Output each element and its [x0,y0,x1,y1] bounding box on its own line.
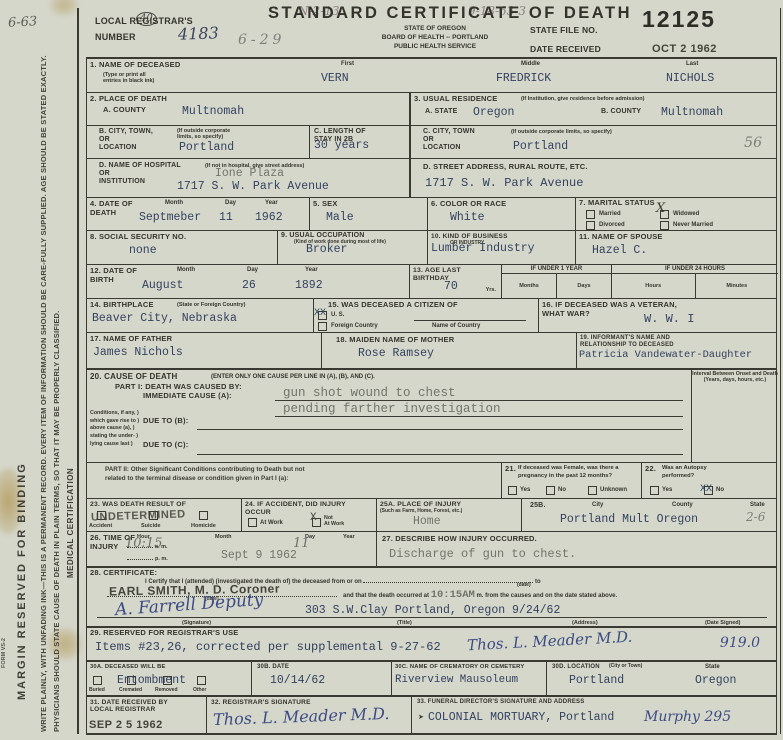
row-certificate: 28. CERTIFICATE: I Certify that I (atten… [87,566,776,626]
date-of-birth-label: 12. DATE OF BIRTH [90,267,137,284]
autopsy-question: Was an Autopsy performed? [662,465,732,480]
foreign-country-label: Foreign Country [331,323,378,330]
row-disposition: 30A. DECEASED WILL BE Buried Cremated Re… [87,660,776,695]
married-checkbox [586,210,595,219]
registrar-number-value: 4183 [178,25,219,42]
field-4-date-of-death: 4. DATE OF DEATH Month Day Year Septmebe… [87,198,309,230]
divorced-checkbox [586,221,595,230]
other-label: Other [193,688,206,694]
hours-col: Hours [612,274,695,298]
certificate-line-2: and that the death occurred at 10:15AM m… [343,590,617,601]
funeral-director-value: COLONIAL MORTUARY, Portland [428,712,614,724]
field-19-informant: 19. INFORMANT'S NAME AND RELATIONSHIP TO… [576,333,778,368]
form-code-text: FORM VS-2 [1,638,7,668]
row-birth-age: 12. DATE OF BIRTH Month Day Year August … [87,264,776,298]
residence-label: 3. USUAL RESIDENCE [414,95,497,104]
sex-value: Male [326,212,354,224]
birth-month-label: Month [177,267,195,274]
org2-text: BOARD OF HEALTH -- PORTLAND [382,34,488,41]
pm-label: p. m. [155,556,168,562]
registrar-signature-value: Thos. L. Meader M.D. [213,706,390,728]
cause-a-line-1 [275,400,683,401]
birth-year-label: Year [305,267,318,274]
immediate-cause-value-2: pending farther investigation [283,403,501,416]
accident-label: Accident [89,523,112,529]
field-26-time-of-injury: 26. TIME OF INJURY Hour 10:15 a. m. p. m… [87,532,376,566]
other-checkbox [197,676,206,685]
org-line-1: STATE OF OREGON [320,25,550,32]
disposition-location-value: Portland [569,675,624,687]
city-label: B. CITY, TOWN, OR LOCATION [99,128,153,152]
widowed-label: Widowed [673,211,699,218]
field-20-cause-of-death: 20. CAUSE OF DEATH (ENTER ONLY ONE CAUSE… [87,370,691,462]
date-received-label: DATE RECEIVED [530,45,601,55]
left-double-rule [77,8,79,734]
field-part2: PART II: Other Significant Conditions co… [87,463,501,498]
field-3d-street-address: D. STREET ADDRESS, RURAL ROUTE, ETC. 171… [409,159,778,197]
middle-value: FREDRICK [496,73,551,85]
date-signed-caption: (Date Signed) [705,620,740,626]
death-day-value: 11 [219,212,233,224]
row-birthplace-citizen-veteran: 14. BIRTHPLACE (State or Foreign Country… [87,298,776,332]
autopsy-question-text: Was an Autopsy performed? [662,465,707,479]
certificate-text-2: and that the death occurred at [343,593,429,599]
row-death-date-sex-race-marital: 4. DATE OF DEATH Month Day Year Septmebe… [87,197,776,230]
birth-day-value: 26 [242,280,256,292]
title-caption: (Title) [397,620,412,626]
residence-state-value: Oregon [473,107,514,119]
date-received-by-label: 31. DATE RECEIVED BY LOCAL REGISTRAR [90,699,168,714]
father-value: James Nichols [93,347,183,359]
org-line-2: BOARD OF HEALTH -- PORTLAND [320,34,550,41]
field-5-sex: 5. SEX Male [309,198,427,230]
org1-text: STATE OF OREGON [404,25,466,32]
number-label: NUMBER [95,32,136,42]
certificate-to: to [535,579,541,585]
crematory-value: Riverview Mausoleum [395,675,518,686]
row-place-residence-1: 2. PLACE OF DEATH A. COUNTY Multnomah 3.… [87,92,776,125]
injury-month-label: Month [215,534,232,540]
residence-county-label: B. COUNTY [601,108,641,116]
coroner-address: 303 S.W.Clay Portland, Oregon 9/24/62 [305,605,560,617]
certificate-header: N-2-13 9-18-63-3 LOCAL REGISTRAR'S NUMBE… [86,0,777,57]
birth-year-value: 1892 [295,280,323,292]
registrar-signature-label: 32. REGISTRAR'S SIGNATURE [211,699,311,706]
certificate-text-3: m. from the causes and on the date state… [476,593,617,599]
county-label: A. COUNTY [103,106,146,115]
field-18-mother: 18. MAIDEN NAME OF MOTHER Rose Ramsey [321,333,576,368]
color-race-value: White [450,212,485,224]
residence-city-label: C. CITY, TOWN OR LOCATION [423,128,475,152]
field-13-if-under-1-year: IF UNDER 1 YEAR Months Days [501,265,611,298]
informant-label: 19. INFORMANT'S NAME AND RELATIONSHIP TO… [580,335,674,349]
pregnancy-number: 21. [505,465,516,474]
birth-day-label: Day [247,267,258,274]
autopsy-yes-label: Yes [662,487,672,494]
right-double-rule [780,8,781,734]
marital-status-label: 7. MARITAL STATUS [579,199,655,208]
margin-pencil-code: 6-63 [8,15,38,30]
certificate-title: STANDARD CERTIFICATE OF DEATH [254,4,646,23]
due-to-b-label: DUE TO (B): [143,417,188,426]
field-12-date-of-birth: 12. DATE OF BIRTH Month Day Year August … [87,265,409,298]
injury-date-value: Sept 9 1962 [221,550,297,562]
under-24-hours-cols: Hours Minutes [612,274,778,298]
am-label: a. m. [155,544,168,550]
injury-state-label: State [750,502,765,509]
part2-text-content: PART II: Other Significant Conditions co… [105,466,305,482]
field-10-kind-of-business: 10. KIND OF BUSINESS OR INDUSTRY Lumber … [427,231,575,264]
residence-city-pencil: 56 [744,136,762,150]
row-name: 1. NAME OF DECEASED (Type or print all e… [87,59,776,92]
pregnancy-yes-checkbox [508,486,517,495]
cause-of-death-label: 20. CAUSE OF DEATH [90,372,177,381]
color-race-label: 6. COLOR OR RACE [431,200,506,209]
undetermined-stamp: UNDETERMINED [91,508,186,523]
field-3c-city: C. CITY, TOWN OR LOCATION (If outside co… [409,126,778,158]
death-result-label: 23. WAS DEATH RESULT OF [90,501,186,509]
age-value: 70 [444,281,458,293]
ssn-value: none [129,245,157,257]
row-signatures: 31. DATE RECEIVED BY LOCAL REGISTRAR SEP… [87,695,776,733]
minutes-label: Minutes [726,283,747,289]
medical-certification-text: MEDICAL CERTIFICATION [66,468,75,578]
street-address-value: 1717 S. W. Park Avenue [425,177,583,189]
field-33-funeral-director: 33. FUNERAL DIRECTOR'S SIGNATURE AND ADD… [411,697,778,733]
state-file-number: 12125 [642,6,716,33]
binding-margin-title: MARGIN RESERVED FOR BINDING [16,140,34,700]
binding-margin-text: MARGIN RESERVED FOR BINDING [16,462,28,700]
field-24-injury-at-work: 24. IF ACCIDENT, DID INJURY OCCUR At Wor… [241,499,376,531]
birthplace-note: (State or Foreign Country) [177,302,245,308]
pregnancy-yes-label: Yes [520,487,530,494]
citizen-label: 15. WAS DECEASED A CITIZEN OF [328,301,458,310]
name-of-country-label: Name of Country [432,323,480,330]
informant-value: Patricia Vandewater-Daughter [579,350,752,360]
row-registrars-use: 29. RESERVED FOR REGISTRAR'S USE Items #… [87,626,776,660]
field-2-place-of-death: 2. PLACE OF DEATH A. COUNTY Multnomah [87,93,409,125]
buried-checkbox [93,676,102,685]
state-file-label: STATE FILE NO. [530,26,598,36]
days-col: Days [556,274,611,298]
field-14-birthplace: 14. BIRTHPLACE (State or Foreign Country… [87,299,313,332]
field-25b-injury-location: 25B. City County State Portland Mult Ore… [521,499,778,531]
pregnancy-question: If deceased was Female, was there a preg… [518,465,638,480]
us-label: U. S. [331,312,344,319]
field-28-certificate: 28. CERTIFICATE: I Certify that I (atten… [87,568,778,626]
field-27-describe-injury: 27. DESCRIBE HOW INJURY OCCURRED. Discha… [376,532,778,566]
registrars-use-signature: Thos. L. Meader M.D. [467,630,633,654]
field-32-registrar-signature: 32. REGISTRAR'S SIGNATURE Thos. L. Meade… [206,697,411,733]
field-6-color-or-race: 6. COLOR OR RACE White [427,198,575,230]
field-30c-crematory: 30C. NAME OF CREMATORY OR CEMETERY River… [391,662,546,695]
us-checkbox-mark: XX [314,309,326,319]
form-code: FORM VS-2 [1,598,9,668]
spouse-label: 11. NAME OF SPOUSE [579,233,663,242]
place-of-injury-value: Home [413,516,441,528]
place-of-death-label: 2. PLACE OF DEATH [90,95,167,104]
spouse-value: Hazel C. [592,245,647,257]
field-2b-city: B. CITY, TOWN, OR LOCATION (If outside c… [87,126,309,158]
name-first: First VERN [281,59,451,92]
due-to-c-label: DUE TO (C): [143,441,188,450]
business-value: Lumber Industry [431,243,535,255]
field-13-age-last-birthday: 13. AGE LAST BIRTHDAY 70 Yrs. [409,265,501,298]
row-death-result-injury: 23. WAS DEATH RESULT OF Accident Suicide… [87,498,776,531]
foreign-country-checkbox [318,322,327,331]
name-note: (Type or print all entries in black ink) [103,72,154,84]
residence-county-value: Multnomah [661,107,723,119]
field-8-social-security: 8. SOCIAL SECURITY NO. none [87,231,277,264]
not-at-work-mark: X [310,513,317,524]
mother-value: Rose Ramsey [358,348,434,360]
hours-label: Hours [645,283,661,289]
disposition-state-value: Oregon [695,675,736,687]
crematory-label: 30C. NAME OF CREMATORY OR CEMETERY [395,664,524,671]
field-16-veteran: 16. IF DECEASED WAS A VETERAN, WHAT WAR?… [538,299,778,332]
widowed-mark: X [656,202,665,215]
disposition-date-value: 10/14/62 [270,675,325,687]
pregnancy-no-checkbox [546,486,555,495]
row-father-mother-informant: 17. NAME OF FATHER James Nichols 18. MAI… [87,332,776,368]
death-time-value: 10:15AM [431,589,475,601]
field-17-father: 17. NAME OF FATHER James Nichols [87,333,321,368]
length-of-stay-value: 30 years [314,140,369,152]
city-value: Portland [179,142,234,154]
address-caption: (Address) [572,620,598,626]
divorced-label: Divorced [599,222,625,229]
months-col: Months [502,274,556,298]
injury-county-label: County [672,502,693,509]
cause-b-line [197,429,683,430]
entombment-value: Entombment [117,675,186,687]
county-value: Multnomah [182,106,244,118]
binding-margin-warning-text: WRITE PLAINLY, WITH UNFADING INK—THIS IS… [39,55,61,732]
autopsy-number: 22. [645,465,656,474]
describe-injury-label: 27. DESCRIBE HOW INJURY OCCURRED. [382,535,537,544]
signature-caption: (Signature) [182,620,211,626]
father-label: 17. NAME OF FATHER [90,335,172,344]
never-married-label: Never Married [673,222,713,229]
date-received-by-stamp: SEP 2 5 1962 [89,719,163,731]
field-22-autopsy: 22. Was an Autopsy performed? Yes XX No [641,463,778,498]
funeral-director-hand: Murphy 295 [644,710,731,724]
name-middle: Middle FREDRICK [451,59,631,92]
homicide-label: Homicide [191,523,216,529]
arrow-mark: ➤ [418,713,424,721]
injury-location-number: 25B. [530,502,546,510]
buried-label: Buried [89,688,105,694]
birthplace-label: 14. BIRTHPLACE [90,301,154,310]
day-label: Day [225,200,236,207]
registrars-use-code: 919.0 [720,636,760,650]
date-of-death-label: 4. DATE OF DEATH [90,200,133,217]
residence-state-label: A. STATE [425,108,457,116]
under-24-hours-header: IF UNDER 24 HOURS [612,265,778,274]
under-1-year-header: IF UNDER 1 YEAR [502,265,611,274]
am-dots [127,541,153,548]
row-place-residence-2: B. CITY, TOWN, OR LOCATION (If outside c… [87,125,776,158]
row-part2-pregnancy-autopsy: PART II: Other Significant Conditions co… [87,462,776,498]
suicide-label: Suicide [141,523,161,529]
field-1-name-of-deceased: 1. NAME OF DECEASED (Type or print all e… [87,59,281,92]
birth-month-value: August [142,280,183,292]
death-year-value: 1962 [255,212,283,224]
field-9-usual-occupation: 9. USUAL OCCUPATION (Kind of work done d… [277,231,427,264]
cremated-label: Cremated [119,688,142,694]
cause-a-line-2 [275,416,683,417]
disposition-state-label: State [705,664,720,671]
field-30d-location: 30D. LOCATION (City or Town) Portland St… [546,662,778,695]
part2-text: PART II: Other Significant Conditions co… [105,466,325,484]
immediate-cause-value: gun shot wound to chest [283,387,456,400]
injury-location-value: Portland Mult Oregon [560,514,698,526]
birthplace-value: Beaver City, Nebraska [92,313,237,325]
field-7-marital-status: 7. MARITAL STATUS Married Widowed X Divo… [575,198,778,230]
hospital-address-value: 1717 S. W. Park Avenue [177,181,329,193]
disposition-location-label: 30D. LOCATION [552,664,600,671]
immediate-cause-label: IMMEDIATE CAUSE (A): [143,392,232,401]
registrar-number-pencil: 6-29 [238,33,285,47]
autopsy-no-label: No [716,487,724,494]
injury-state-pencil: 2-6 [746,511,765,523]
veteran-value: W. W. I [644,313,694,325]
residence-city-value: Portland [513,141,568,153]
month-label: Month [165,200,183,207]
field-3-usual-residence: 3. USUAL RESIDENCE (If Institution, give… [409,93,778,125]
row-time-of-injury: 26. TIME OF INJURY Hour 10:15 a. m. p. m… [87,531,776,566]
minutes-col: Minutes [695,274,779,298]
name-of-country-line [414,320,526,321]
autopsy-no-mark: XX [700,485,712,495]
field-25a-place-of-injury: 25A. PLACE OF INJURY (Such as Farm, Home… [376,499,521,531]
pregnancy-unknown-checkbox [588,486,597,495]
first-label: First [341,61,354,68]
at-work-checkbox [248,518,257,527]
pm-dots [127,553,153,560]
occupation-value: Broker [306,244,347,256]
disposition-location-note: (City or Town) [609,664,642,670]
at-work-label: At Work [260,520,283,527]
under-24-hours-text: IF UNDER 24 HOURS [665,266,725,272]
pregnancy-unknown-label: Unknown [600,487,627,494]
field-30b-date: 30B. DATE 10/14/62 [251,662,391,695]
residence-note: (If Institution, give residence before a… [521,96,644,102]
field-23-death-result: 23. WAS DEATH RESULT OF Accident Suicide… [87,499,241,531]
last-value: NICHOLS [666,73,714,85]
registrars-use-value: Items #23,26, corrected per supplemental… [95,641,441,653]
cause-of-death-note: (ENTER ONLY ONE CAUSE PER LINE IN (A), (… [211,374,375,381]
under-1-year-cols: Months Days [502,274,611,298]
describe-injury-value: Discharge of gun to chest. [389,548,576,560]
conditions-note: Conditions, if any, ) which gave rise to… [90,410,139,448]
homicide-checkbox [199,511,208,520]
first-value: VERN [321,73,349,85]
street-address-label: D. STREET ADDRESS, RURAL ROUTE, ETC. [423,163,588,172]
name-label: 1. NAME OF DECEASED [90,61,180,70]
field-13-if-under-24-hours: IF UNDER 24 HOURS Hours Minutes [611,265,778,298]
row-place-residence-3: D. NAME OF HOSPITAL OR INSTITUTION (If n… [87,158,776,197]
date-note-1: (date) [517,583,531,589]
not-at-work-label: Not At Work [324,516,344,528]
field-21-pregnancy: 21. If deceased was Female, was there a … [501,463,641,498]
last-label: Last [686,61,698,68]
funeral-director-label: 33. FUNERAL DIRECTOR'S SIGNATURE AND ADD… [417,699,584,706]
field-29-registrars-use: 29. RESERVED FOR REGISTRAR'S USE Items #… [87,628,778,660]
field-2d-hospital: D. NAME OF HOSPITAL OR INSTITUTION (If n… [87,159,409,197]
hospital-label: D. NAME OF HOSPITAL OR INSTITUTION [99,162,181,186]
pregnancy-no-label: No [558,487,566,494]
ssn-label: 8. SOCIAL SECURITY NO. [90,233,186,242]
field-11-name-of-spouse: 11. NAME OF SPOUSE Hazel C. [575,231,778,264]
never-married-checkbox [660,221,669,230]
residence-city-note: (If outside corporate limits, so specify… [511,129,612,135]
under-1-year-text: IF UNDER 1 YEAR [531,266,583,272]
months-label: Months [519,283,539,289]
mother-label: 18. MAIDEN NAME OF MOTHER [336,336,454,345]
removed-label: Removed [155,688,178,694]
name-last: Last NICHOLS [631,59,778,92]
field-15-citizen-of: 15. WAS DECEASED A CITIZEN OF XX U. S. F… [313,299,538,332]
row-ssn-occupation-business-spouse: 8. SOCIAL SECURITY NO. none 9. USUAL OCC… [87,230,776,264]
certificate-date-blank [363,576,533,583]
injury-city-label: City [592,502,603,509]
pregnancy-question-text: If deceased was Female, was there a preg… [518,465,619,479]
certificate-body: 1. NAME OF DECEASED (Type or print all e… [86,57,777,735]
certificate-title-text: STANDARD CERTIFICATE OF DEATH [268,4,632,22]
middle-label: Middle [521,61,540,68]
injury-year-label: Year [343,534,355,540]
days-label: Days [577,283,590,289]
row-cause-of-death: 20. CAUSE OF DEATH (ENTER ONLY ONE CAUSE… [87,368,776,462]
deceased-will-be-label: 30A. DECEASED WILL BE [90,664,166,671]
autopsy-yes-checkbox [650,486,659,495]
disposition-date-label: 30B. DATE [257,664,289,671]
year-label: Year [265,200,278,207]
field-2c-length-of-stay: C. LENGTH OF STAY IN 2B 30 years [309,126,409,158]
city-note: (If outside corporate limits, so specify… [177,128,230,140]
place-of-injury-note: (Such as Farm, Home, Forest, etc.) [380,509,462,515]
hospital-stamp: Ione Plaza [215,168,284,180]
married-label: Married [599,211,621,218]
field-20-interval-column: Interval Between Onset and Death (Years,… [691,370,778,462]
interval-text-2: (Years, days, hours, etc.) [692,378,778,384]
date-received-stamp: OCT 2 1962 [652,43,717,55]
field-31-date-received: 31. DATE RECEIVED BY LOCAL REGISTRAR SEP… [87,697,206,733]
org-line-3: PUBLIC HEALTH SERVICE [320,43,550,50]
signature-rule [97,617,767,618]
registrars-use-label: 29. RESERVED FOR REGISTRAR'S USE [90,629,239,638]
binding-margin-warning: WRITE PLAINLY, WITH UNFADING INK—THIS IS… [38,8,74,732]
age-unit: Yrs. [486,287,496,293]
org3-text: PUBLIC HEALTH SERVICE [394,43,476,50]
interval-header: Interval Between Onset and Death (Years,… [692,370,778,384]
death-month-value: Septmeber [139,212,201,224]
cause-c-line [197,454,683,455]
field-30a-deceased-will-be: 30A. DECEASED WILL BE Buried Cremated Re… [87,662,251,695]
sex-label: 5. SEX [313,200,338,209]
